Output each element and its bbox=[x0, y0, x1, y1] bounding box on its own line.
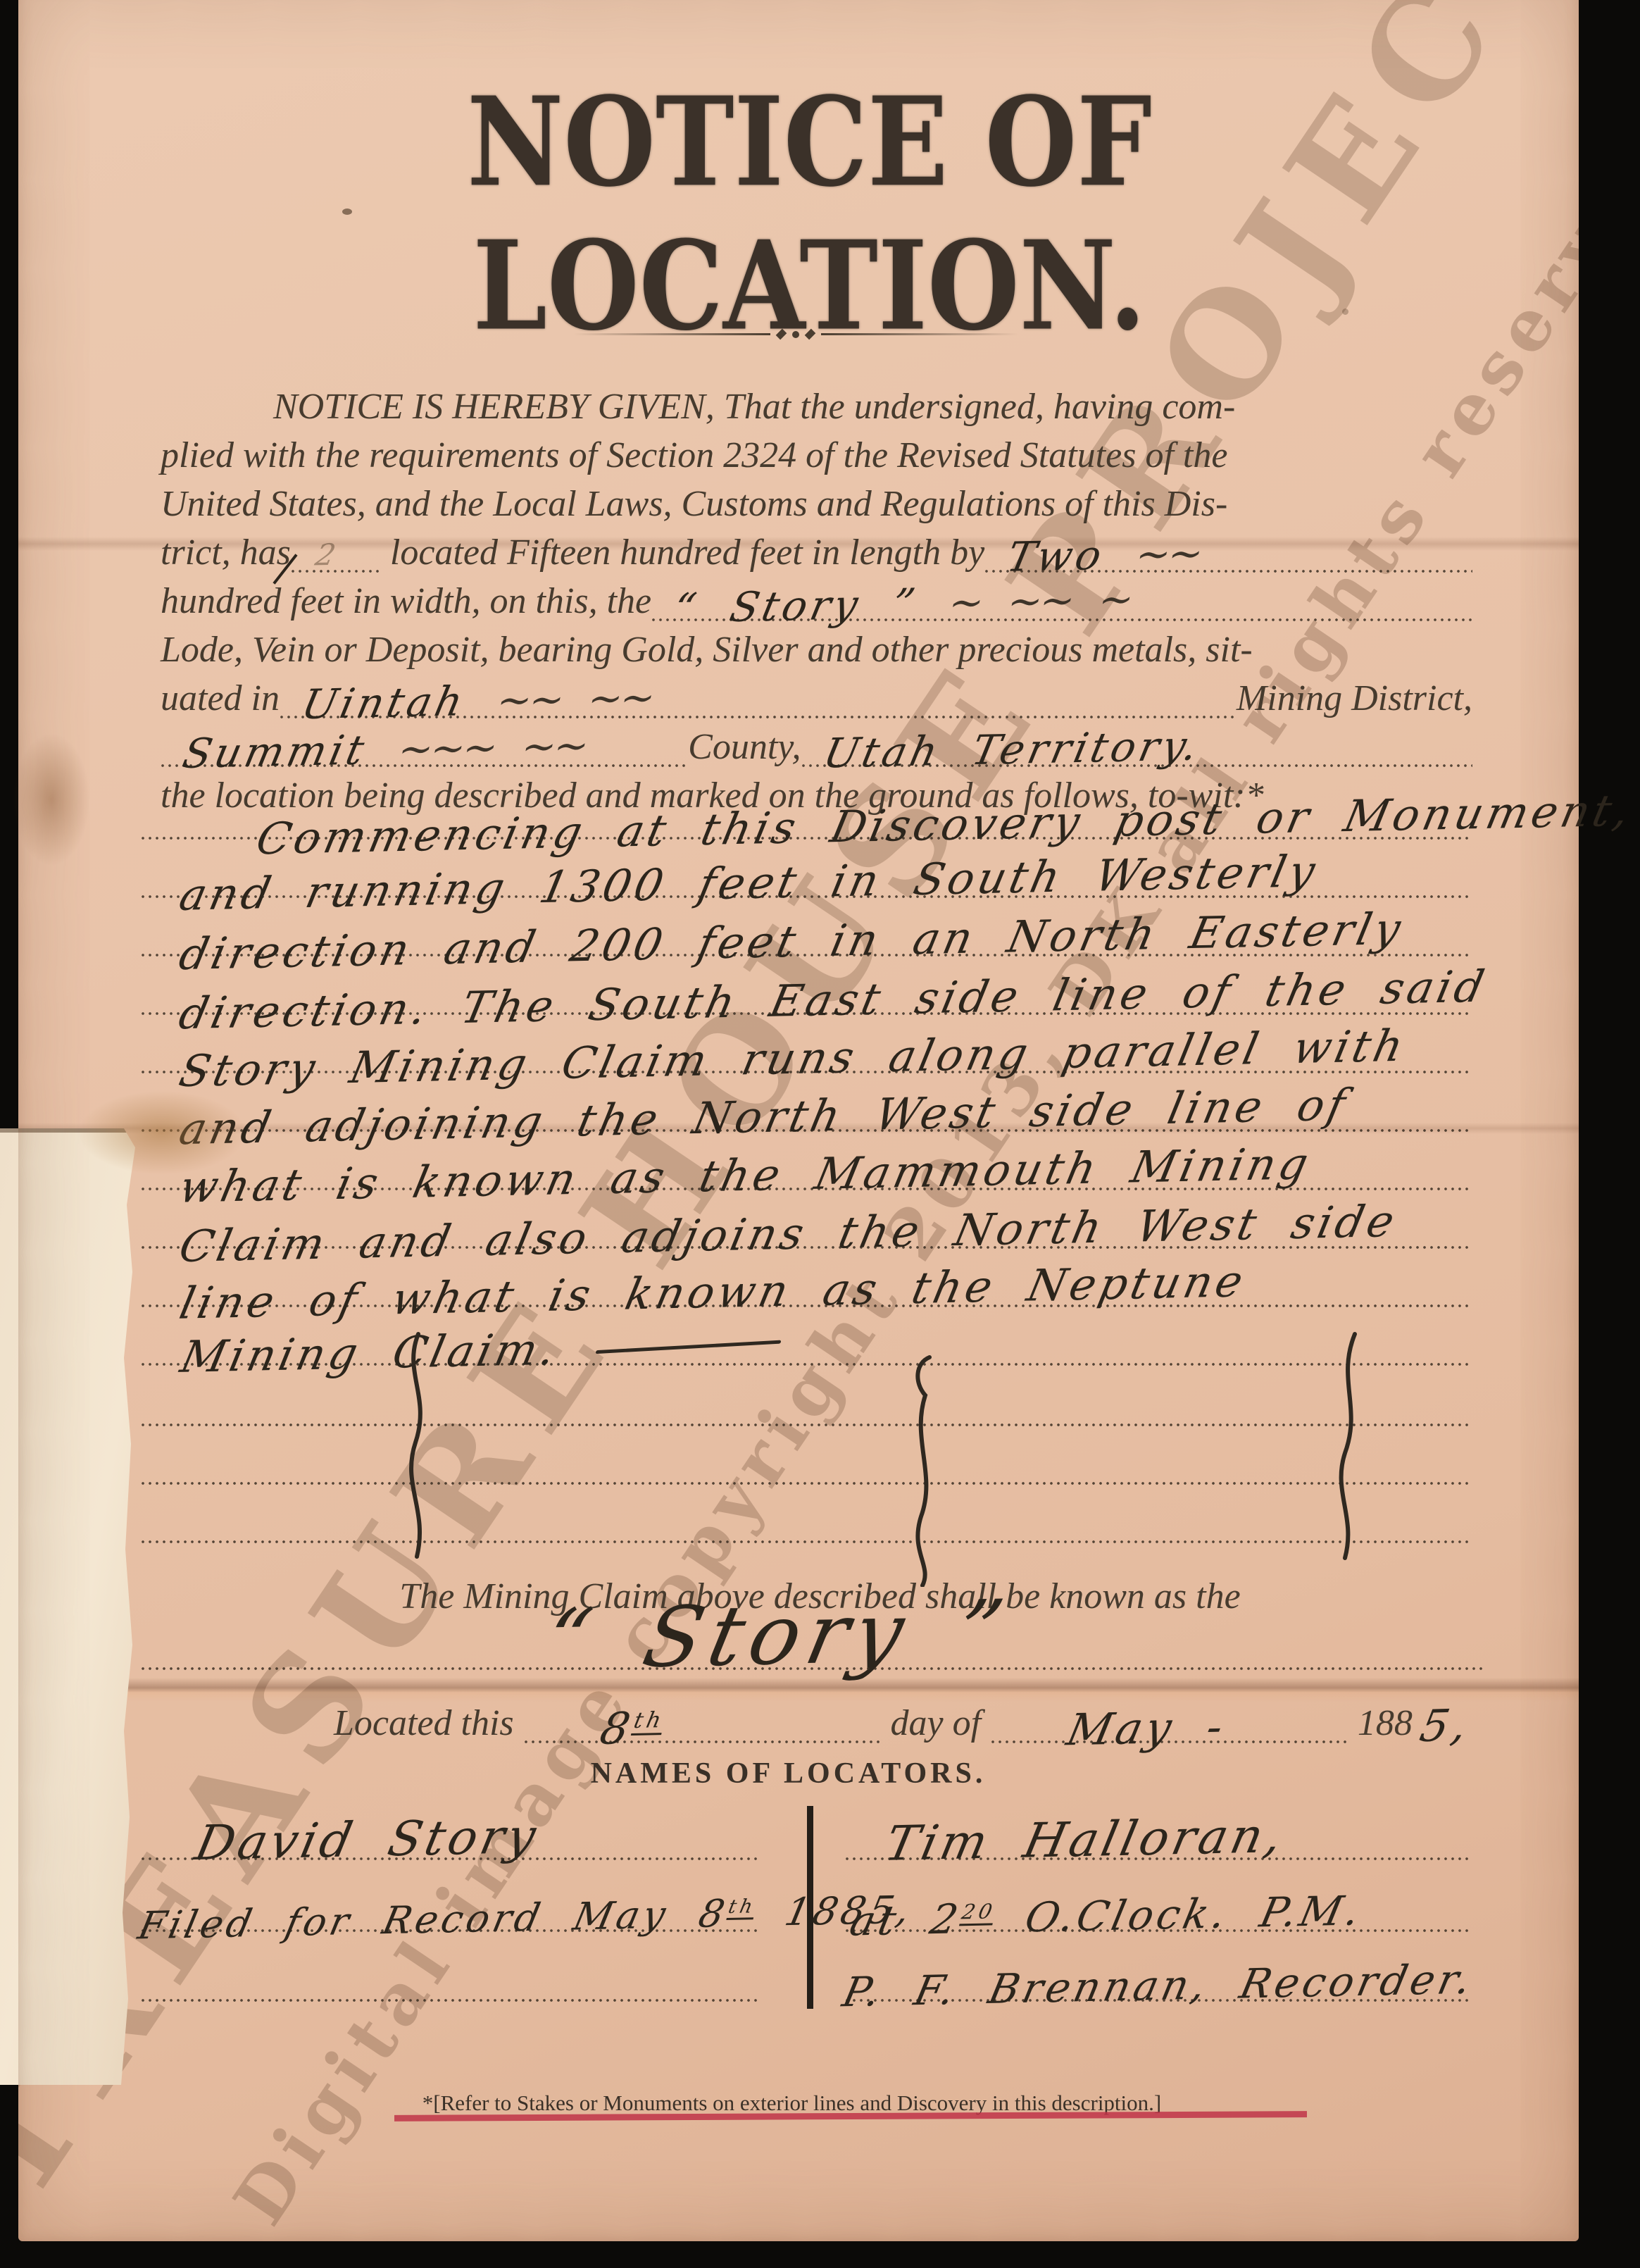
description-line: what is known as the Mammouth Mining bbox=[141, 1133, 1472, 1191]
footnote-text: Refer to Stakes or Monuments on exterior… bbox=[441, 2091, 1154, 2115]
recorder-signature: P. F. Brennan, Recorder. bbox=[839, 1955, 1479, 2017]
ornament-rule-right bbox=[821, 333, 1018, 335]
filed-for-record-entry: Filed for Record May 8th 1885, bbox=[141, 1868, 760, 1933]
located-date-line: Located this 8th day of May - 188 5, bbox=[324, 1702, 1471, 1744]
intro-text: located Fifteen hundred feet in length b… bbox=[390, 532, 984, 573]
day-of-label: day of bbox=[891, 1703, 982, 1744]
paper-speck bbox=[342, 208, 352, 215]
document-title: NOTICE OF LOCATION. bbox=[211, 70, 1408, 358]
intro-text: Lode, Vein or Deposit, bearing Gold, Sil… bbox=[161, 630, 1253, 671]
handwritten-text: Filed for Record May 8th 1885, bbox=[134, 1888, 918, 1948]
footnote-bracket-open: *[ bbox=[422, 2091, 441, 2115]
locator-signature: Tim Halloran, bbox=[880, 1808, 1290, 1872]
blank-ruled-lines bbox=[141, 1369, 1472, 1544]
intro-text: United States, and the Local Laws, Custo… bbox=[161, 484, 1227, 525]
form-blank-day: 8th bbox=[524, 1702, 881, 1744]
blank-line bbox=[141, 1485, 1472, 1544]
paper-speck bbox=[1342, 309, 1348, 315]
intro-line: trict, has 2 located Fifteen hundred fee… bbox=[161, 525, 1472, 573]
faint-handwritten-mark: 2 bbox=[313, 537, 342, 573]
intro-line: plied with the requirements of Section 2… bbox=[161, 428, 1472, 476]
locator-entry: Tim Halloran, bbox=[845, 1803, 1471, 1861]
names-of-locators-heading: NAMES OF LOCATORS. bbox=[0, 1757, 1577, 1790]
handwritten-entry-claim-name: “ Story ” ~ ~~ ~ bbox=[669, 575, 1137, 633]
handwritten-year-digit: 5, bbox=[1415, 1699, 1475, 1752]
description-line: and running 1300 feet in South Westerly bbox=[141, 840, 1472, 899]
description-line: and adjoining the North West side line o… bbox=[141, 1074, 1472, 1133]
underlying-torn-sheet bbox=[0, 1128, 141, 2085]
description-line: direction. The South East side line of t… bbox=[141, 957, 1472, 1016]
handwritten-entry-territory: Utah Territory. bbox=[819, 721, 1205, 777]
locators-section: David Story Filed for Record May 8th 188… bbox=[141, 1803, 1471, 2014]
ornament-diamond-icon bbox=[804, 329, 815, 340]
intro-line: Summit ~~~ ~~ County, Utah Territory. bbox=[161, 719, 1472, 768]
intro-text: plied with the requirements of Section 2… bbox=[161, 435, 1227, 476]
form-blank: Summit ~~~ ~~ bbox=[161, 719, 688, 768]
ornament-diamond-icon bbox=[775, 329, 787, 340]
ink-flourish: ~~~ ~~ bbox=[394, 721, 591, 773]
ink-flourish: ~~ bbox=[1132, 529, 1206, 578]
form-blank: Two ~~ bbox=[984, 525, 1472, 573]
form-blank: Uintah ~~ ~~ bbox=[280, 671, 1237, 719]
intro-line: NOTICE IS HEREBY GIVEN, That the undersi… bbox=[161, 379, 1472, 428]
intro-line: hundred feet in width, on this, the “ St… bbox=[161, 573, 1472, 622]
located-label: Located this bbox=[334, 1703, 514, 1744]
ink-flourish bbox=[596, 1340, 782, 1354]
description-line: line of what is known as the Neptune bbox=[141, 1250, 1472, 1308]
ink-flourish bbox=[901, 1354, 946, 1587]
dotted-rule bbox=[524, 1740, 881, 1744]
ink-flourish bbox=[1324, 1330, 1369, 1562]
handwritten-entry-county: Summit ~~~ ~~ bbox=[179, 721, 592, 778]
form-blank: Utah Territory. bbox=[801, 719, 1472, 768]
description-line: Claim and also adjoins the North West si… bbox=[141, 1191, 1472, 1250]
description-line: direction and 200 feet in an North Easte… bbox=[141, 899, 1472, 957]
ornament-divider bbox=[0, 330, 1591, 339]
description-line: Story Mining Claim runs along parallel w… bbox=[141, 1016, 1472, 1074]
footnote: *[Refer to Stakes or Monuments on exteri… bbox=[0, 2091, 1584, 2116]
description-line: Mining Claim. bbox=[141, 1308, 1472, 1366]
handwritten-day: 8th bbox=[596, 1702, 668, 1755]
ink-flourish bbox=[394, 1330, 439, 1562]
blank-line bbox=[141, 1369, 1472, 1427]
dotted-rule bbox=[141, 1540, 1472, 1544]
intro-text: NOTICE IS HEREBY GIVEN, That the undersi… bbox=[161, 387, 1235, 428]
recorder-entry: P. F. Brennan, Recorder. bbox=[845, 1940, 1471, 2002]
ornament-rule-left bbox=[573, 333, 770, 335]
time-entry: at 220 O.Clock. P.M. bbox=[845, 1868, 1471, 1933]
ink-flourish: ~ ~~ ~ bbox=[944, 575, 1137, 626]
handwritten-text: at 220 O.Clock. P.M. bbox=[846, 1886, 1367, 1945]
superscript: 20 bbox=[959, 1899, 998, 1926]
blank-line bbox=[141, 1940, 760, 2002]
ink-flourish: ~~ ~~ bbox=[492, 673, 658, 725]
description-line: Commencing at this Discovery post or Mon… bbox=[141, 782, 1472, 840]
locator-signature: David Story bbox=[191, 1809, 544, 1871]
intro-text: County, bbox=[688, 727, 801, 768]
intro-paragraph: NOTICE IS HEREBY GIVEN, That the undersi… bbox=[161, 379, 1472, 816]
handwritten-month: May - bbox=[1063, 1701, 1231, 1756]
year-printed: 188 bbox=[1358, 1703, 1413, 1744]
intro-line: uated in Uintah ~~ ~~ Mining District, bbox=[161, 671, 1472, 719]
intro-text: Mining District, bbox=[1237, 678, 1472, 719]
ornament-dot-icon bbox=[792, 331, 799, 338]
form-blank: 2 bbox=[291, 525, 379, 573]
claim-description: Commencing at this Discovery post or Mon… bbox=[141, 782, 1472, 1366]
form-blank-month: May - bbox=[991, 1702, 1348, 1744]
dotted-rule bbox=[141, 1666, 1486, 1671]
blank-line bbox=[141, 1427, 1472, 1485]
scanned-document-page: TREASURE HOUSE PROJECT Digital image cop… bbox=[0, 0, 1640, 2268]
intro-text: trict, has bbox=[161, 532, 291, 573]
superscript: th bbox=[726, 1895, 758, 1920]
dotted-rule bbox=[141, 1998, 760, 2002]
intro-text: hundred feet in width, on this, the bbox=[161, 581, 651, 622]
locator-entry: David Story bbox=[141, 1803, 760, 1861]
superscript: th bbox=[631, 1707, 667, 1736]
intro-line: United States, and the Local Laws, Custo… bbox=[161, 476, 1472, 525]
intro-text: uated in bbox=[161, 678, 280, 719]
form-blank: “ Story ” ~ ~~ ~ bbox=[651, 573, 1472, 622]
